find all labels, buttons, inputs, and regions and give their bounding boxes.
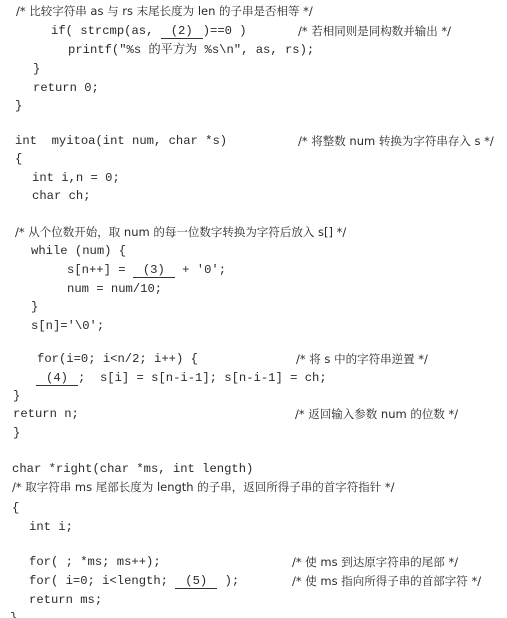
close-brace: } xyxy=(13,425,20,441)
blank-2[interactable]: (2) xyxy=(161,24,203,39)
for-back-suffix: ); xyxy=(217,574,239,588)
if-strcmp-line: if( strcmp(as, (2))==0 ) xyxy=(51,23,247,39)
decl-int: int i,n = 0; xyxy=(32,170,120,186)
comment-digits: /* 从个位数开始，取 num 的每一位数字转换为字符后放入 s[] */ xyxy=(15,224,346,240)
for-back-prefix: for( i=0; i<length; xyxy=(29,574,175,588)
blank-4[interactable]: (4) xyxy=(36,371,78,386)
printf-line: printf("%s 的平方为 %s\n", as, rs); xyxy=(68,42,314,58)
close-brace: } xyxy=(15,98,22,114)
return-zero: return 0; xyxy=(33,80,99,96)
decl-char: char ch; xyxy=(32,188,91,204)
blank-5[interactable]: (5) xyxy=(175,574,217,589)
if-suffix: )==0 ) xyxy=(203,24,247,38)
close-brace: } xyxy=(10,610,17,618)
assign-suffix: + '0'; xyxy=(175,263,226,277)
open-brace: { xyxy=(12,500,19,516)
right-signature: char *right(char *ms, int length) xyxy=(12,461,253,477)
comment-for-end: /* 使 ms 到达原字符串的尾部 */ xyxy=(292,554,458,570)
blank-3[interactable]: (3) xyxy=(133,263,175,278)
comment-right: /* 取字符串 ms 尾部长度为 length 的子串，返回所得子串的首字符指针… xyxy=(12,479,395,495)
for-back-line: for( i=0; i<length; (5) ); xyxy=(29,573,239,589)
decl-int-i: int i; xyxy=(29,519,73,535)
for-reverse-line: for(i=0; i<n/2; i++) { xyxy=(37,351,198,367)
comment-for-back: /* 使 ms 指向所得子串的首部字符 */ xyxy=(292,573,481,589)
close-brace: } xyxy=(13,388,20,404)
swap-line: (4); s[i] = s[n-i-1]; s[n-i-1] = ch; xyxy=(36,370,327,386)
if-prefix: if( strcmp(as, xyxy=(51,24,161,38)
comment-compare-substrings: /* 比较字符串 as 与 rs 末尾长度为 len 的子串是否相等 */ xyxy=(16,3,313,19)
comment-myitoa: /* 将整数 num 转换为字符串存入 s */ xyxy=(298,133,494,149)
assign-prefix: s[n++] = xyxy=(67,263,133,277)
comment-reverse: /* 将 s 中的字符串逆置 */ xyxy=(296,351,428,367)
close-brace: } xyxy=(31,299,38,315)
terminate-line: s[n]='\0'; xyxy=(31,318,104,334)
return-ms: return ms; xyxy=(29,592,102,608)
comment-return-n: /* 返回输入参数 num 的位数 */ xyxy=(295,406,458,422)
myitoa-signature: int myitoa(int num, char *s) xyxy=(15,133,227,149)
swap-suffix: ; s[i] = s[n-i-1]; s[n-i-1] = ch; xyxy=(78,371,327,385)
num-div-line: num = num/10; xyxy=(67,281,162,297)
while-line: while (num) { xyxy=(31,243,126,259)
close-brace: } xyxy=(33,61,40,77)
return-n: return n; xyxy=(13,406,79,422)
open-brace: { xyxy=(15,151,22,167)
assign-line: s[n++] = (3) + '0'; xyxy=(67,262,226,278)
for-end-line: for( ; *ms; ms++); xyxy=(29,554,161,570)
comment-if-same: /* 若相同则是同构数并输出 */ xyxy=(298,23,451,39)
